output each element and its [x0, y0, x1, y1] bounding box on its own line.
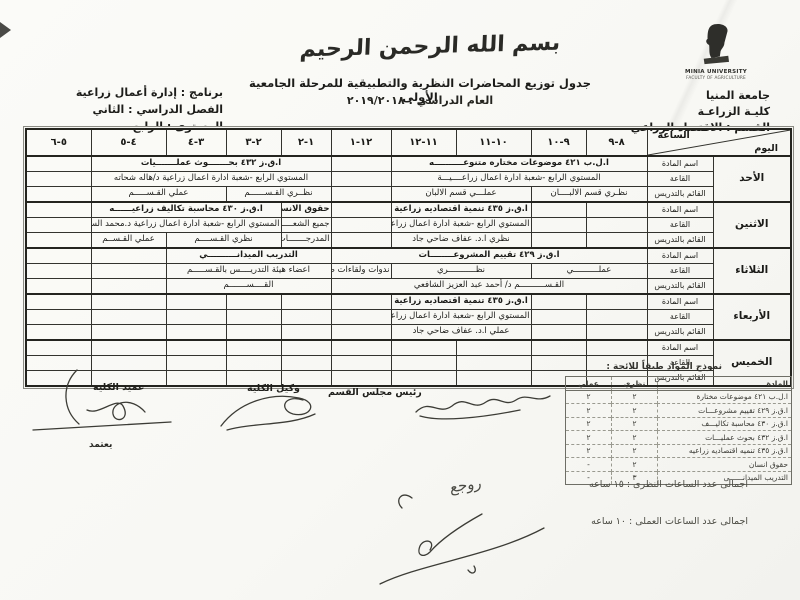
staff-cell: عملي ا.د. عفاف ضاحي جاد [391, 325, 531, 341]
course-cell: ا.ل.ب ٤٢١ موضوعات مختاره متنوعــــــــــ… [391, 156, 647, 172]
course-cell: ا.ق.ز ٤٣٥ تنمية اقتصاديه زراعية [391, 202, 531, 218]
time-slot: ٨-٩ [586, 129, 647, 156]
time-slot: ٣-٤ [166, 129, 226, 156]
empty-cell [26, 187, 91, 203]
empty-cell [26, 279, 91, 295]
staff-cell: القــــســـــــم [166, 279, 331, 295]
empty-cell [281, 356, 331, 371]
empty-cell [26, 340, 91, 356]
logo-caption-university: MINIA UNIVERSITY [674, 68, 759, 74]
time-slot: ٥-٦ [26, 129, 91, 156]
staff-cell: عملي القـســـــم [91, 187, 226, 203]
course-cell: التدريب الميدانــــــــــي [166, 248, 331, 264]
col-header-theory: نظري [612, 377, 658, 391]
hall-cell: المستوي الرابع -شعبة ادارة اعمال زراعية … [91, 172, 331, 187]
subject-name: ا.ق.ز ٤٣٥ تنميه اقتصاديه زراعيه [658, 444, 792, 458]
empty-cell [586, 340, 647, 356]
time-slot: ١٠-١١ [456, 129, 531, 156]
staff-cell: عملـــي قسم الالبان [391, 187, 531, 203]
row-label-staff: القائم بالتدريس [647, 325, 713, 341]
dean-signature-block: عميد الكليه يعتمد [25, 358, 180, 458]
subject-name: ا.ق.ز ٤٢٩ تقييم مشروعـــات [658, 404, 792, 418]
empty-cell [226, 325, 281, 341]
hall-cell: اعضاء هيئة التدريــــس بالقـســـــم [166, 264, 331, 279]
hall-cell: المستوي الرابع -شعبة ادارة اعمال زراعية [391, 310, 531, 325]
empty-cell [91, 248, 166, 264]
subject-name: ا.ق.ز ٤٣٢ بحوث عمليـــات [658, 431, 792, 445]
empty-cell [586, 325, 647, 341]
staff-cell: نظري القـســــم [166, 233, 281, 249]
university-logo: MINIA UNIVERSITY FACULTY OF AGRICULTURE [670, 22, 762, 81]
time-slot: ٩-١٠ [531, 129, 586, 156]
empty-cell [331, 294, 391, 310]
empty-cell [226, 340, 281, 356]
empty-cell [26, 202, 91, 218]
empty-cell [531, 325, 586, 341]
empty-cell [281, 310, 331, 325]
empty-cell [531, 340, 586, 356]
subject-name: حقوق انسان [658, 458, 792, 472]
day-name: الثلاثاء [713, 248, 791, 294]
theory-hours: ٢ [612, 390, 658, 404]
row-label-staff: القائم بالتدريس [647, 279, 713, 295]
logo-caption-faculty: FACULTY OF AGRICULTURE [677, 75, 755, 80]
course-cell: ا.ق.ز ٤٢٩ تقييم المشروعــــــــات [331, 248, 647, 264]
reference-row: ا.ق.ز ٤٢٩ تقييم مشروعـــات٢٢ [566, 404, 792, 418]
empty-cell [531, 233, 586, 249]
hall-cell: ندوات ولقاءات طلابيـــه [331, 264, 391, 279]
day-row-monday: الاثنين اسم المادة ا.ق.ز ٤٣٥ تنمية اقتصا… [26, 202, 791, 218]
reference-row: ا.ل.ب ٤٢١ موضوعات مختارة٢٢ [566, 390, 792, 404]
day-name: الأربعاء [713, 294, 791, 340]
semester: الفصل الدراسي : الثاني [38, 101, 223, 118]
staff-cell: نظري ا.د. عفاف ضاحي جاد [391, 233, 531, 249]
row-label-hall: القاعة [647, 172, 713, 187]
row-label-subject: اسم المادة [647, 248, 713, 264]
approved-note: يعتمد [89, 440, 112, 450]
reference-header-row: المادة نظري عملي [566, 377, 792, 391]
empty-cell [331, 156, 391, 172]
empty-cell [226, 294, 281, 310]
empty-cell [331, 356, 391, 371]
day-row-sunday: الأحد اسم المادة ا.ل.ب ٤٢١ موضوعات مختار… [26, 156, 791, 172]
subject-name: ا.ق.ز ٤٣٠ محاسبة تكاليـــف [658, 417, 792, 431]
course-cell: ا.ق.ز ٤٣٢ بحـــــــوث عملـــــــيات [91, 156, 331, 172]
basmala: بسم الله الرحمن الرحيم [280, 30, 581, 63]
reference-table: المادة نظري عملي ا.ل.ب ٤٢١ موضوعات مختار… [565, 376, 792, 485]
empty-cell [91, 310, 166, 325]
hall-cell: عملــــــــــي [531, 264, 647, 279]
row-label-hall: القاعة [647, 310, 713, 325]
practical-hours: ٢ [566, 417, 612, 431]
row-label-subject: اسم المادة [647, 340, 713, 356]
empty-cell [26, 264, 91, 279]
empty-cell [26, 233, 91, 249]
lecture-timetable: الساعة اليوم ٨-٩ ٩-١٠ ١٠-١١ ١١-١٢ ١٢-١ ١… [25, 128, 792, 387]
staff-row-wednesday: القائم بالتدريس عملي ا.د. عفاف ضاحي جاد [26, 325, 791, 341]
reviewed-signature-block: روجع [372, 452, 562, 597]
hall-cell: نظـــــــــــري [391, 264, 531, 279]
theory-hours: ٢ [612, 431, 658, 445]
course-cell: ا.ق.ز ٤٣٠ محاسبة تكاليف زراعيــــــه [91, 202, 281, 218]
vice-dean-signature-block: وكيل الكليه [205, 378, 340, 448]
hall-row-monday: القاعة المستوي الرابع -شعبة ادارة اعمال … [26, 218, 791, 233]
empty-cell [586, 218, 647, 233]
hall-row-wednesday: القاعة المستوي الرابع -شعبة ادارة اعمال … [26, 310, 791, 325]
reference-table-title: نموذج المواد طبقاً للائحة : [606, 362, 722, 372]
empty-cell [586, 233, 647, 249]
empty-cell [281, 340, 331, 356]
day-row-wednesday: الأربعاء اسم المادة ا.ق.ز ٤٣٥ تنمية اقتص… [26, 294, 791, 310]
staff-cell: المدرجـــــــات [281, 233, 331, 249]
timetable-header-row: الساعة اليوم ٨-٩ ٩-١٠ ١٠-١١ ١١-١٢ ١٢-١ ١… [26, 129, 791, 156]
reviewed-signature-icon [372, 452, 562, 597]
total-practical-hours: اجمالى عدد الساعات العملى : ١٠ ساعه [591, 516, 748, 527]
empty-cell [26, 248, 91, 264]
theory-hours: ٢ [612, 444, 658, 458]
day-row-thursday: الخميس اسم المادة [26, 340, 791, 356]
empty-cell [456, 340, 531, 356]
nefertiti-logo-icon [693, 22, 739, 68]
hall-row-sunday: القاعة المستوي الرابع -شعبة ادارة اعمال … [26, 172, 791, 187]
col-header-practical: عملي [566, 377, 612, 391]
reference-row: حقوق انسان٢- [566, 458, 792, 472]
theory-hours: ٢ [612, 458, 658, 472]
empty-cell [91, 279, 166, 295]
program-name: برنامج : إدارة أعمال زراعية [38, 84, 223, 101]
scan-edge-artifact [0, 22, 11, 38]
university-name: جامعة المنيا [631, 88, 770, 104]
row-label-hall: القاعة [647, 264, 713, 279]
academic-year: العام الدراسي : ٢٠١٩/٢٠١٨ [248, 94, 592, 107]
staff-row-tuesday: القائم بالتدريس القـســــــــــم د/ أحمد… [26, 279, 791, 295]
reference-row: ا.ق.ز ٤٣٥ تنميه اقتصاديه زراعيه٢٢ [566, 444, 792, 458]
empty-cell [331, 340, 391, 356]
subject-name: ا.ل.ب ٤٢١ موضوعات مختارة [658, 390, 792, 404]
staff-cell: نظــري القـســــــم [226, 187, 331, 203]
staff-row-sunday: القائم بالتدريس نظـري قسم الالبــــان عم… [26, 187, 791, 203]
empty-cell [226, 356, 281, 371]
empty-cell [26, 325, 91, 341]
corner-day-label: اليوم [754, 144, 778, 154]
empty-cell [331, 202, 391, 218]
row-label-subject: اسم المادة [647, 294, 713, 310]
empty-cell [331, 218, 391, 233]
empty-cell [531, 310, 586, 325]
corner-cell: الساعة اليوم [647, 129, 791, 156]
course-cell: حقوق الانســـان [281, 202, 331, 218]
staff-cell: نظـري قسم الالبــــان [531, 187, 647, 203]
practical-hours: ٢ [566, 444, 612, 458]
empty-cell [586, 294, 647, 310]
empty-cell [26, 172, 91, 187]
row-label-subject: اسم المادة [647, 156, 713, 172]
row-label-staff: القائم بالتدريس [647, 233, 713, 249]
hall-cell: المستوي الرابع -شعبة ادارة اعمال زراعية … [91, 218, 281, 233]
theory-hours: ٢ [612, 404, 658, 418]
empty-cell [391, 356, 456, 371]
course-cell: ا.ق.ز ٤٣٥ تنمية اقتصاديه زراعية [391, 294, 531, 310]
empty-cell [586, 202, 647, 218]
hall-row-tuesday: القاعة عملــــــــــي نظـــــــــــري ند… [26, 264, 791, 279]
empty-cell [226, 310, 281, 325]
empty-cell [331, 310, 391, 325]
day-row-tuesday: الثلاثاء اسم المادة ا.ق.ز ٤٢٩ تقييم المش… [26, 248, 791, 264]
time-slot: ٤-٥ [91, 129, 166, 156]
row-label-hall: القاعة [647, 218, 713, 233]
empty-cell [331, 187, 391, 203]
row-label-staff: القائم بالتدريس [647, 187, 713, 203]
time-slot: ١١-١٢ [391, 129, 456, 156]
hall-cell: المستوي الرابع -شعبة ادارة اعمال زراعية [391, 218, 531, 233]
staff-cell: عملي القـســم [91, 233, 166, 249]
staff-row-monday: القائم بالتدريس نظري ا.د. عفاف ضاحي جاد … [26, 233, 791, 249]
empty-cell [331, 172, 391, 187]
empty-cell [391, 340, 456, 356]
empty-cell [166, 310, 226, 325]
row-label-subject: اسم المادة [647, 202, 713, 218]
empty-cell [26, 310, 91, 325]
empty-cell [531, 218, 586, 233]
time-slot: ١٢-١ [331, 129, 391, 156]
empty-cell [586, 310, 647, 325]
empty-cell [166, 294, 226, 310]
empty-cell [91, 340, 166, 356]
time-slot: ١-٢ [281, 129, 331, 156]
reference-row: ا.ق.ز ٤٣٠ محاسبة تكاليـــف٢٢ [566, 417, 792, 431]
theory-hours: ٢ [612, 417, 658, 431]
empty-cell [91, 325, 166, 341]
staff-cell: القـســــــــــم د/ أحمد عبد العزيز الشا… [331, 279, 647, 295]
empty-cell [281, 294, 331, 310]
department-head-signature-icon [320, 382, 568, 437]
practical-hours: ٢ [566, 390, 612, 404]
empty-cell [26, 294, 91, 310]
practical-hours: - [566, 458, 612, 472]
hall-cell: جميع الشعـــــب [281, 218, 331, 233]
empty-cell [91, 294, 166, 310]
empty-cell [456, 356, 531, 371]
department-head-signature-block: رئيس مجلس القسم [320, 382, 568, 437]
empty-cell [531, 202, 586, 218]
day-name: الاثنين [713, 202, 791, 248]
day-name: الأحد [713, 156, 791, 202]
vice-dean-signature-icon [205, 378, 340, 448]
corner-hour-label: الساعة [658, 131, 690, 141]
empty-cell [26, 218, 91, 233]
empty-cell [531, 294, 586, 310]
empty-cell [91, 264, 166, 279]
time-slot: ٢-٣ [226, 129, 281, 156]
empty-cell [166, 325, 226, 341]
hall-cell: المستوي الرابع -شعبة ادارة اعمال زراعـــ… [391, 172, 647, 187]
faculty-name: كليـة الزراعـة [631, 104, 770, 120]
reference-row: ا.ق.ز ٤٣٢ بحوث عمليـــات٢٢ [566, 431, 792, 445]
empty-cell [166, 340, 226, 356]
empty-cell [281, 325, 331, 341]
empty-cell [531, 356, 586, 371]
col-header-subject: المادة [658, 377, 792, 391]
empty-cell [331, 325, 391, 341]
empty-cell [26, 156, 91, 172]
total-theory-hours: اجمالى عدد الساعات النظرى : ١٥ ساعه [589, 479, 748, 490]
practical-hours: ٢ [566, 404, 612, 418]
practical-hours: ٢ [566, 431, 612, 445]
scanned-paper: MINIA UNIVERSITY FACULTY OF AGRICULTURE … [0, 0, 800, 600]
empty-cell [331, 233, 391, 249]
